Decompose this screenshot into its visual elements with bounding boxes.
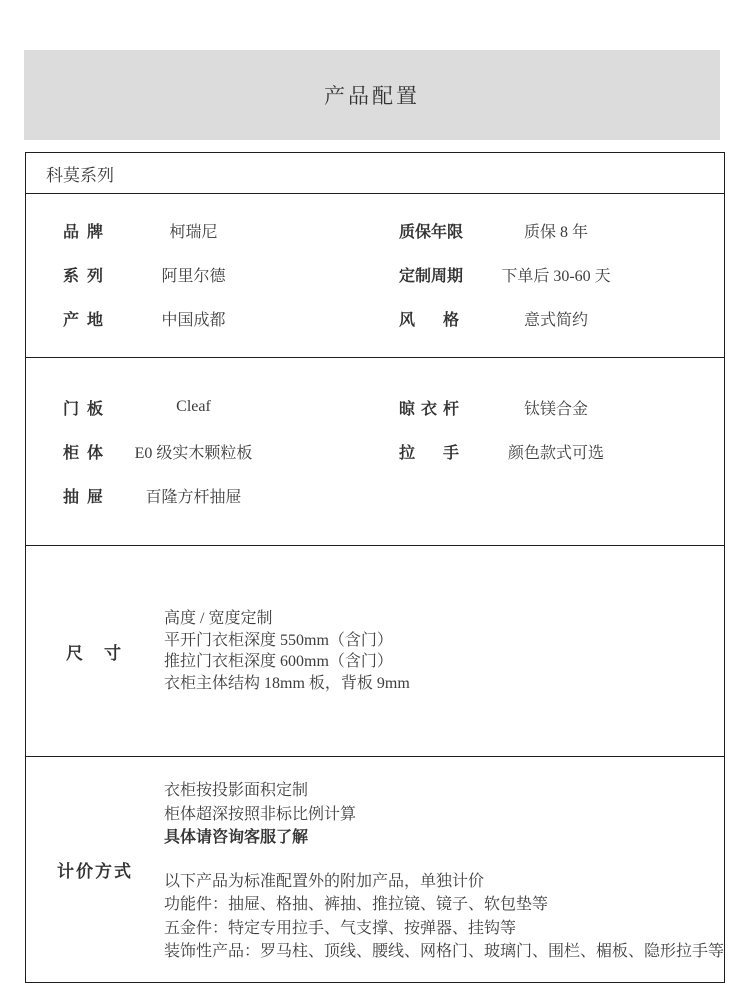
size-line: 平开门衣柜深度 550mm（含门） [164, 630, 410, 652]
series-value: 阿里尔德 [131, 263, 256, 286]
origin-label: 产 地 [63, 307, 103, 330]
pricing-line: 装饰性产品：罗马柱、顶线、腰线、网格门、玻璃门、围栏、楣板、隐形拉手等 [164, 940, 724, 964]
pricing-line: 柜体超深按照非标比例计算 [164, 803, 724, 827]
cabinet-body-label: 柜 体 [63, 440, 103, 463]
handle-label: 拉 手 [399, 440, 459, 463]
size-lines: 高度 / 宽度定制 平开门衣柜深度 550mm（含门） 推拉门衣柜深度 600m… [164, 608, 410, 694]
basic-info-section: 品 牌 柯瑞尼 质保年限 质保 8 年 系 列 阿里尔德 定制周期 下单后 30… [26, 194, 724, 358]
drawer-label: 抽 屉 [63, 484, 103, 507]
series-header-row: 科莫系列 [26, 153, 724, 194]
leadtime-label: 定制周期 [399, 263, 459, 286]
drawer-value: 百隆方杆抽屉 [131, 484, 256, 507]
size-label: 尺 寸 [66, 639, 121, 664]
leadtime-value: 下单后 30-60 天 [491, 263, 621, 286]
spec-row-brand-warranty: 品 牌 柯瑞尼 质保年限 质保 8 年 [26, 208, 724, 252]
series-title: 科莫系列 [46, 161, 114, 186]
spec-row-origin-style: 产 地 中国成都 风 格 意式简约 [26, 296, 724, 340]
size-section: 尺 寸 高度 / 宽度定制 平开门衣柜深度 550mm（含门） 推拉门衣柜深度 … [26, 546, 724, 757]
pricing-line: 以下产品为标准配置外的附加产品，单独计价 [164, 870, 724, 894]
materials-section: 门 板 Cleaf 晾衣杆 钛镁合金 柜 体 E0 级实木颗粒板 拉 手 颜色款… [26, 358, 724, 546]
door-panel-value: Cleaf [131, 398, 256, 416]
paragraph-gap [164, 850, 724, 870]
spec-row-door-rail: 门 板 Cleaf 晾衣杆 钛镁合金 [26, 385, 724, 429]
warranty-label: 质保年限 [399, 219, 459, 242]
product-config-page: 产品配置 科莫系列 品 牌 柯瑞尼 质保年限 质保 8 年 系 列 阿里尔德 定… [0, 0, 750, 1005]
brand-value: 柯瑞尼 [131, 219, 256, 242]
header-banner: 产品配置 [24, 50, 720, 140]
pricing-line: 功能件：抽屉、格抽、裤抽、推拉镜、镜子、软包垫等 [164, 893, 724, 917]
size-line: 推拉门衣柜深度 600mm（含门） [164, 651, 410, 673]
clothes-rail-value: 钛镁合金 [491, 396, 621, 419]
pricing-label: 计价方式 [57, 857, 131, 882]
pricing-line: 五金件：特定专用拉手、气支撑、按弹器、挂钩等 [164, 917, 724, 941]
cabinet-body-value: E0 级实木颗粒板 [131, 440, 256, 463]
pricing-lines: 衣柜按投影面积定制 柜体超深按照非标比例计算 具体请咨询客服了解 以下产品为标准… [164, 757, 724, 982]
pricing-line-bold: 具体请咨询客服了解 [164, 826, 724, 850]
page-title: 产品配置 [324, 80, 420, 110]
clothes-rail-label: 晾衣杆 [399, 396, 459, 419]
spec-row-cabinet-handle: 柜 体 E0 级实木颗粒板 拉 手 颜色款式可选 [26, 429, 724, 473]
pricing-line: 衣柜按投影面积定制 [164, 779, 724, 803]
size-line: 高度 / 宽度定制 [164, 608, 410, 630]
spec-row-series-leadtime: 系 列 阿里尔德 定制周期 下单后 30-60 天 [26, 252, 724, 296]
brand-label: 品 牌 [63, 219, 103, 242]
style-label: 风 格 [399, 307, 459, 330]
spec-row-drawer: 抽 屉 百隆方杆抽屉 [26, 473, 724, 517]
warranty-value: 质保 8 年 [491, 219, 621, 242]
style-value: 意式简约 [491, 307, 621, 330]
origin-value: 中国成都 [131, 307, 256, 330]
size-line: 衣柜主体结构 18mm 板，背板 9mm [164, 673, 410, 695]
pricing-section: 计价方式 衣柜按投影面积定制 柜体超深按照非标比例计算 具体请咨询客服了解 以下… [26, 757, 724, 982]
spec-table: 科莫系列 品 牌 柯瑞尼 质保年限 质保 8 年 系 列 阿里尔德 定制周期 下… [25, 152, 725, 983]
handle-value: 颜色款式可选 [491, 440, 621, 463]
series-label: 系 列 [63, 263, 103, 286]
door-panel-label: 门 板 [63, 396, 103, 419]
